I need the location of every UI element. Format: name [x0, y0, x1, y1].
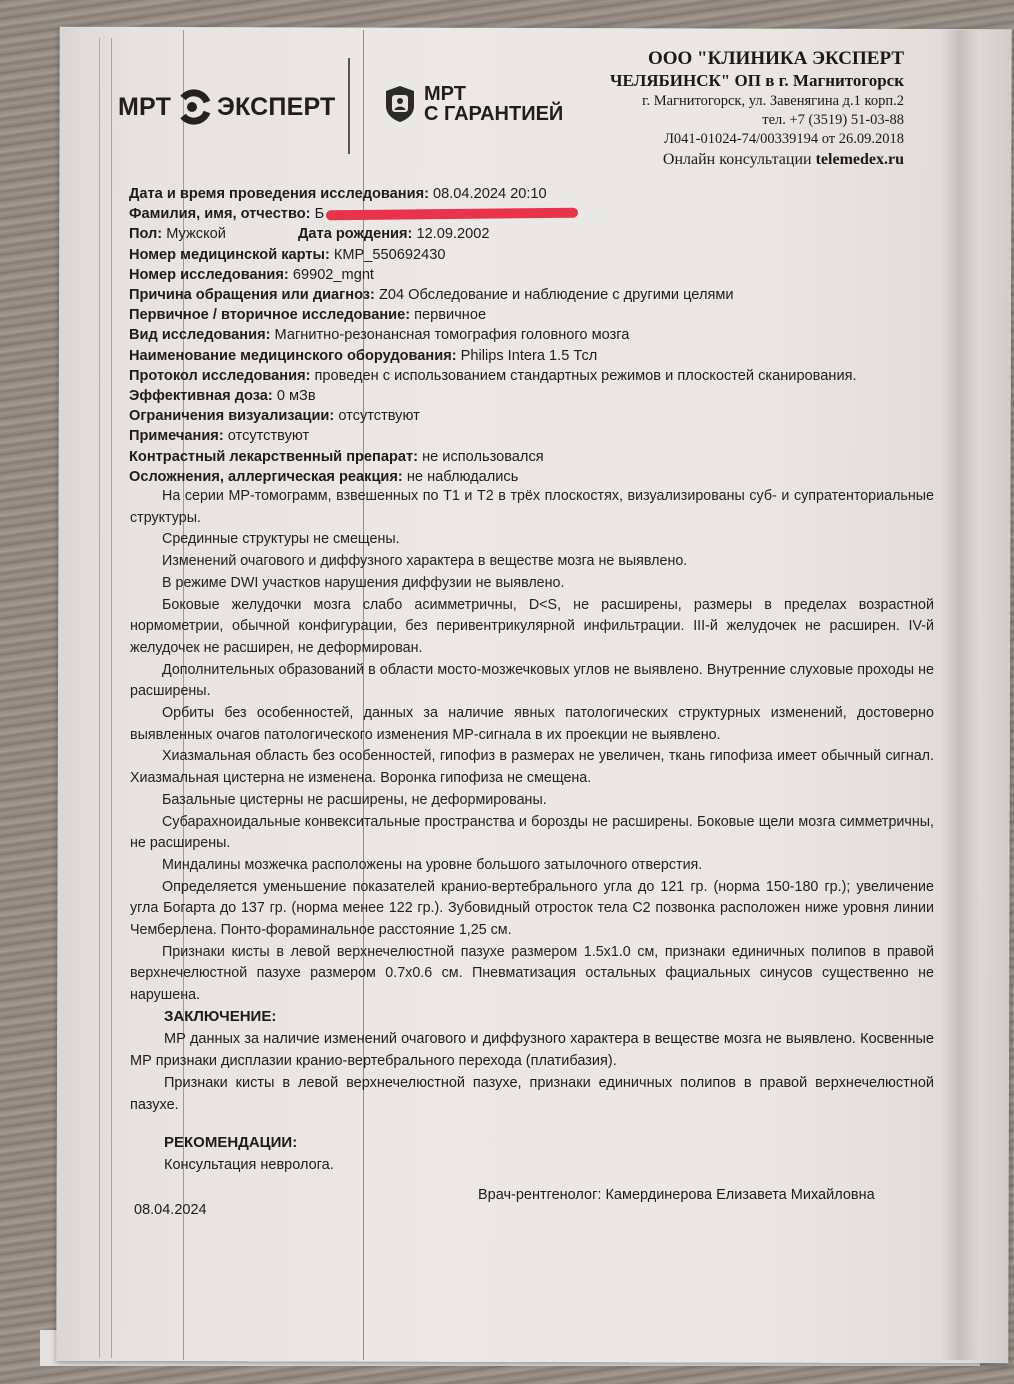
- field-full-name: Фамилия, имя, отчество: Б: [129, 204, 929, 224]
- field-exam-datetime: Дата и время проведения исследования: 08…: [129, 184, 929, 204]
- description-paragraph: На серии МР-томограмм, взвешенных по Т1 …: [130, 486, 934, 529]
- description-paragraph: Признаки кисты в левой верхнечелюстной п…: [130, 942, 934, 1007]
- logo-text-left: МРТ: [118, 93, 171, 122]
- description-paragraph: Базальные цистерны не расширены, не дефо…: [130, 790, 934, 812]
- exam-description: На серии МР-томограмм, взвешенных по Т1 …: [130, 486, 934, 1007]
- field-notes: Примечания: отсутствуют: [129, 426, 929, 446]
- field-contrast: Контрастный лекарственный препарат: не и…: [129, 447, 929, 467]
- field-exam-number: Номер исследования: 69902_mgnt: [129, 265, 929, 285]
- clinic-license: Л041-01024-74/00339194 от 26.09.2018: [610, 130, 904, 149]
- logo2-line2: С ГАРАНТИЕЙ: [424, 104, 563, 124]
- field-exam-type: Вид исследования: Магнитно-резонансная т…: [129, 325, 929, 345]
- field-dose: Эффективная доза: 0 мЗв: [129, 386, 929, 406]
- description-paragraph: Миндалины мозжечка расположены на уровне…: [130, 855, 934, 877]
- scan-streak: [99, 38, 100, 1358]
- mrt-expert-logo: МРТ ЭКСПЕРТ: [118, 88, 335, 126]
- description-paragraph: Изменений очагового и диффузного характе…: [130, 551, 934, 573]
- description-paragraph: Орбиты без особенностей, данных за налич…: [130, 703, 934, 746]
- field-card-number: Номер медицинской карты: КМР_550692430: [129, 245, 929, 265]
- field-protocol: Протокол исследования: проведен с исполь…: [129, 366, 929, 386]
- field-sex-birthdate: Пол: Мужской Дата рождения: 12.09.2002: [129, 224, 929, 244]
- logo-text-right: ЭКСПЕРТ: [217, 93, 335, 122]
- conclusion-section: ЗАКЛЮЧЕНИЕ: МР данных за наличие изменен…: [130, 1006, 934, 1116]
- field-complications: Осложнения, аллергическая реакция: не на…: [129, 467, 929, 487]
- birth-date-value: 12.09.2002: [416, 226, 489, 242]
- conclusion-title: ЗАКЛЮЧЕНИЕ:: [164, 1006, 934, 1028]
- description-paragraph: В режиме DWI участков нарушения диффузии…: [130, 573, 934, 595]
- toner-smudge: [940, 30, 980, 1360]
- sex-value: Мужской: [166, 226, 226, 242]
- field-visual-limits: Ограничения визуализации: отсутствуют: [129, 406, 929, 426]
- logo2-line1: МРТ: [424, 84, 563, 104]
- recommendations-section: РЕКОМЕНДАЦИИ: Консультация невролога.: [130, 1132, 730, 1176]
- doctor-signature: Врач-рентгенолог: Камердинерова Елизавет…: [478, 1187, 875, 1203]
- field-primary-secondary: Первичное / вторичное исследование: перв…: [129, 305, 929, 325]
- scan-streak: [111, 38, 112, 1358]
- clinic-name-line1: ООО "КЛИНИКА ЭКСПЕРТ: [610, 48, 904, 70]
- conclusion-paragraph: МР данных за наличие изменений очагового…: [130, 1028, 934, 1072]
- clinic-address: г. Магнитогорск, ул. Завенягина д.1 корп…: [610, 92, 904, 111]
- exam-datetime-value: 08.04.2024 20:10: [433, 186, 547, 202]
- conclusion-paragraph: Признаки кисты в левой верхнечелюстной п…: [130, 1072, 934, 1116]
- recommendations-text: Консультация невролога.: [164, 1154, 730, 1176]
- redaction-mark: [326, 208, 578, 221]
- description-paragraph: Срединные структуры не смещены.: [130, 529, 934, 551]
- online-label: Онлайн консультации: [663, 151, 812, 168]
- recommendations-title: РЕКОМЕНДАЦИИ:: [164, 1132, 730, 1154]
- description-paragraph: Боковые желудочки мозга слабо асимметрич…: [130, 595, 934, 660]
- mri-ring-icon: [177, 88, 211, 126]
- clinic-online: Онлайн консультации telemedex.ru: [610, 149, 904, 171]
- description-paragraph: Субарахноидальные конвекситальные простр…: [130, 812, 934, 855]
- field-reason: Причина обращения или диагноз: Z04 Обсле…: [129, 285, 929, 305]
- online-site: telemedex.ru: [816, 151, 904, 168]
- description-paragraph: Хиазмальная область без особенностей, ги…: [130, 746, 934, 789]
- exam-fields: Дата и время проведения исследования: 08…: [129, 184, 929, 487]
- report-date: 08.04.2024: [134, 1202, 207, 1218]
- clinic-phone: тел. +7 (3519) 51-03-88: [610, 111, 904, 130]
- description-paragraph: Дополнительных образований в области мос…: [130, 660, 934, 703]
- mrt-guarantee-logo: МРТ С ГАРАНТИЕЙ: [384, 84, 563, 124]
- logo-divider: [348, 58, 350, 154]
- field-equipment: Наименование медицинского оборудования: …: [129, 346, 929, 366]
- description-paragraph: Определяется уменьшение показателей кран…: [130, 877, 934, 942]
- full-name-value: Б: [315, 206, 325, 222]
- clinic-header: ООО "КЛИНИКА ЭКСПЕРТ ЧЕЛЯБИНСК" ОП в г. …: [610, 48, 904, 171]
- shield-person-icon: [384, 84, 416, 124]
- clinic-name-line2: ЧЕЛЯБИНСК" ОП в г. Магнитогорск: [610, 70, 904, 92]
